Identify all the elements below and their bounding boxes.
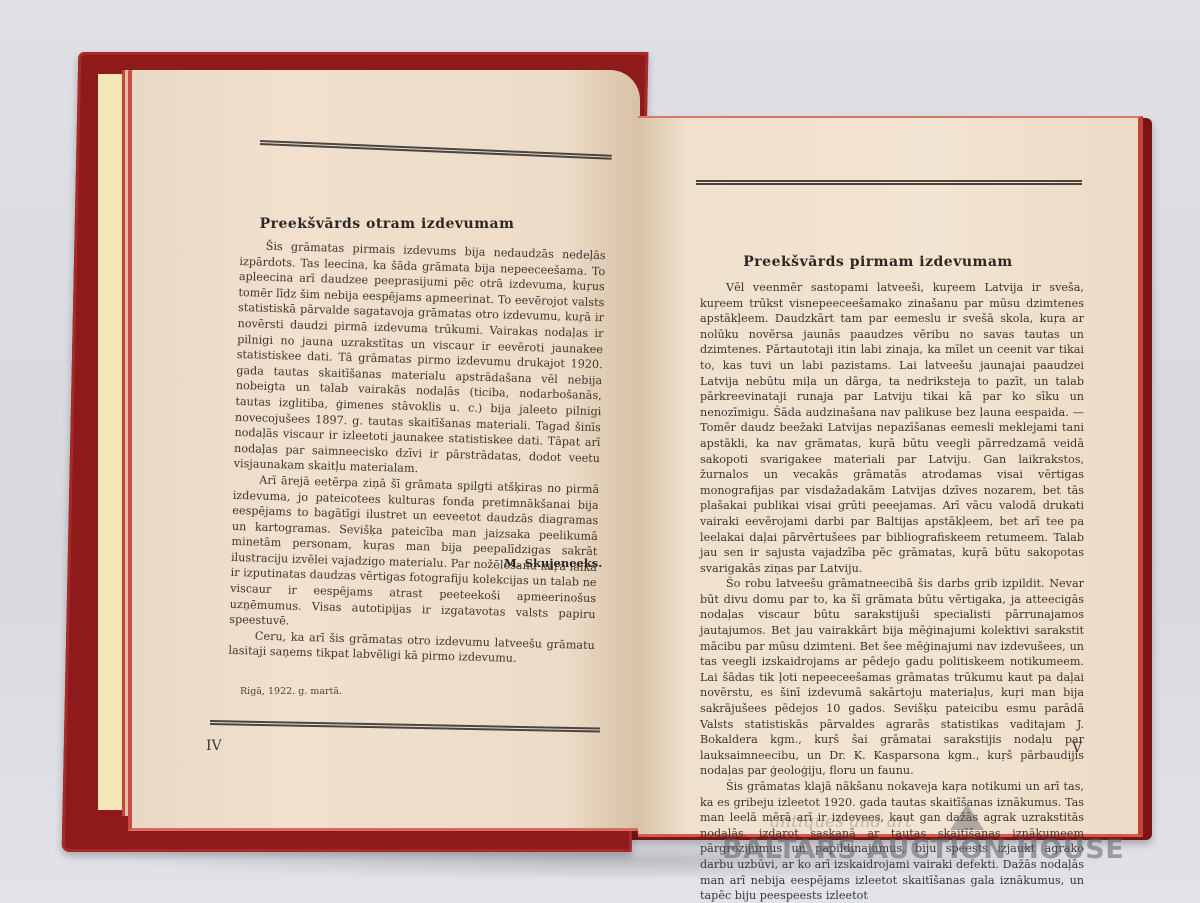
left-page-heading: Preekšvārds otram izdevumam [212, 216, 562, 232]
left-page: Preekšvārds otram izdevumam Šis grāmatas… [128, 70, 640, 831]
page-number-right: V [1072, 740, 1082, 756]
paragraph: Vēl veenmēr sastopami latveeši, kuŗeem L… [700, 280, 1084, 576]
top-double-rule [696, 180, 1082, 185]
left-page-body: Šis grāmatas pirmais izdevums bija nedau… [228, 238, 606, 669]
watermark-brand: BALTARS AUCTION HOUSE [722, 834, 1124, 865]
paragraph: Šis grāmatas pirmais izdevums bija nedau… [233, 238, 605, 482]
dateline: Rigā, 1922. g. martā. [240, 686, 342, 697]
right-page-heading: Preekšvārds pirmam izdevumam [708, 254, 1048, 270]
paragraph: Šo robu latveešu grāmatneecibā šis darbs… [700, 576, 1084, 779]
signature: M. Skujeneeks. [504, 556, 602, 570]
bottom-double-rule [210, 720, 600, 732]
right-page-body: Vēl veenmēr sastopami latveeši, kuŗeem L… [700, 280, 1084, 903]
paragraph: Arī ārejā eetērpa ziņā šī grāmata spilgt… [229, 472, 599, 638]
crown-logo-icon [950, 804, 984, 830]
watermark-tagline: antiques and art [770, 812, 912, 832]
page-number-left: IV [206, 738, 222, 754]
right-page: Preekšvārds pirmam izdevumam Vēl veenmēr… [638, 116, 1143, 837]
top-double-rule [260, 140, 612, 160]
